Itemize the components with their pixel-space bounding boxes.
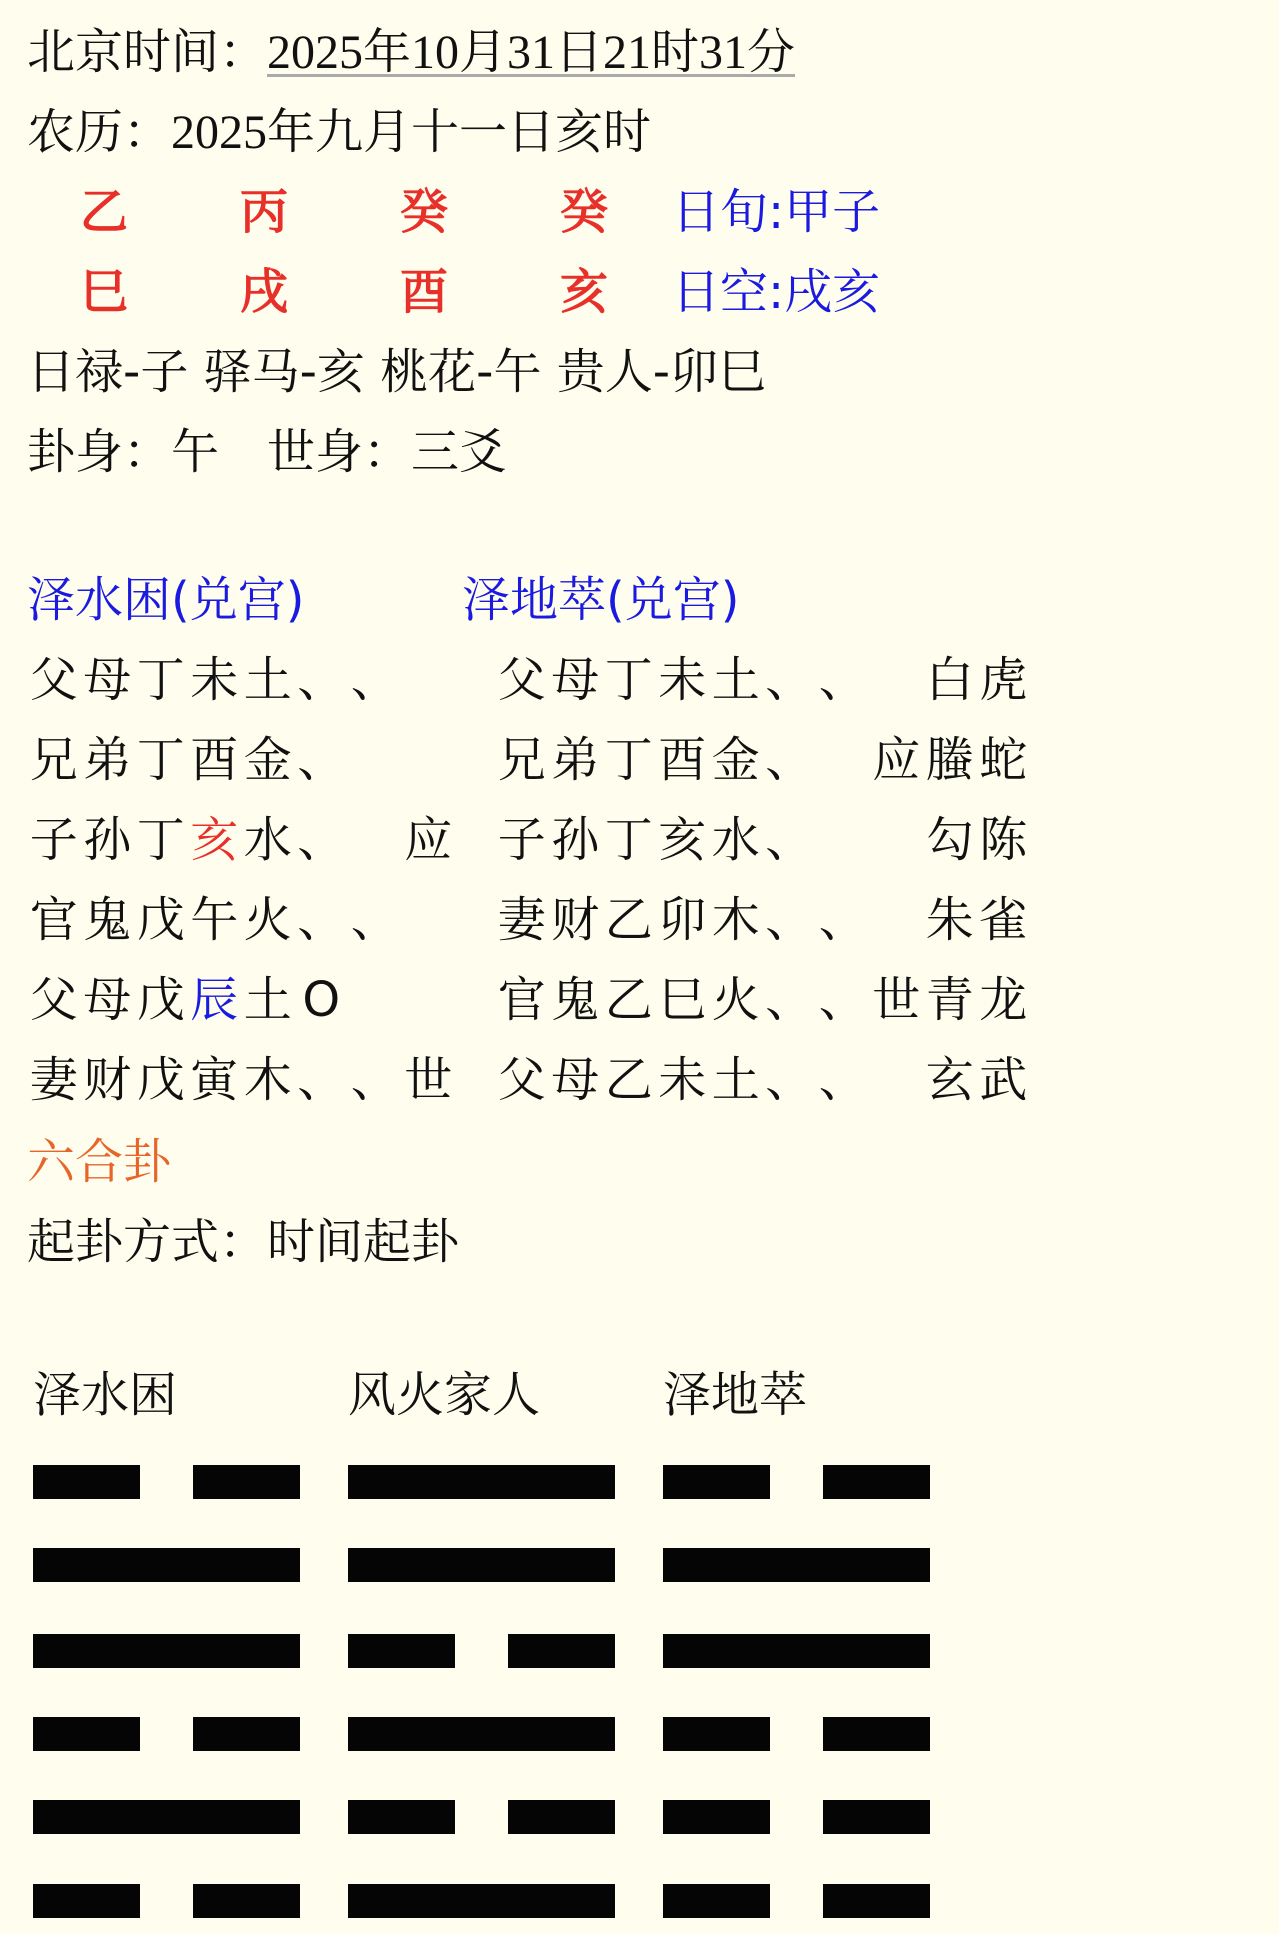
main-gua-cell: 、 [348, 1040, 402, 1120]
lunar-date-label: 农历： [27, 104, 171, 160]
hexagram-title-mutual: 风火家人 [348, 1355, 540, 1435]
lunar-date-row: 农历：2025年九月十一日亥时 [27, 92, 651, 172]
gua-line-row: 妻财戊寅木、、世父母乙未土、、玄武 [27, 1040, 455, 1120]
main-gua-cell: 戊 [134, 880, 188, 960]
main-gua-cell: 火 [241, 880, 295, 960]
changed-gua-cell: 朱 [923, 880, 977, 960]
main-gua-cell: 、 [295, 1040, 349, 1120]
changed-gua-cells: 父母丁未土、、白虎 [495, 640, 1030, 720]
main-gua-cell: 酉 [188, 720, 242, 800]
main-gua-cell: 亥 [188, 800, 242, 880]
main-gua-cell: 木 [241, 1040, 295, 1120]
gua-shen-row: 卦身：午 世身：三爻 [27, 412, 507, 492]
changed-gua-cells: 子孙丁亥水、勾陈 [495, 800, 1030, 880]
stem-month: 丙 [240, 172, 288, 252]
branch-day: 酉 [400, 252, 448, 332]
gua-line-row: 父母戊辰土O官鬼乙巳火、、世青龙 [27, 960, 455, 1040]
changed-gua-cell: 、 [763, 640, 817, 720]
main-gua-title: 泽水困(兑宫) [27, 560, 304, 640]
yang-line [663, 1634, 930, 1668]
gua-line-row: 兄弟丁酉金、兄弟丁酉金、应螣蛇 [27, 720, 455, 800]
yin-line [33, 1465, 300, 1499]
changed-gua-cell: 勾 [923, 800, 977, 880]
main-gua-cell: 丁 [134, 720, 188, 800]
changed-gua-title: 泽地萃(兑宫) [462, 560, 739, 640]
yin-line [663, 1717, 930, 1751]
changed-gua-cell: 木 [709, 880, 763, 960]
changed-gua-cells: 官鬼乙巳火、、世青龙 [495, 960, 1030, 1040]
changed-gua-cell: 、 [763, 720, 817, 800]
changed-gua-cell: 财 [549, 880, 603, 960]
beijing-time-label: 北京时间： [27, 24, 267, 80]
main-gua-cell: 、 [295, 640, 349, 720]
main-gua-cell: 金 [241, 720, 295, 800]
changed-gua-cell: 、 [763, 960, 817, 1040]
changed-gua-cell: 水 [709, 800, 763, 880]
main-gua-cell: 弟 [81, 720, 135, 800]
changed-gua-cell: 金 [709, 720, 763, 800]
changed-gua-cell: 乙 [602, 880, 656, 960]
changed-gua-cell: 火 [709, 960, 763, 1040]
changed-gua-cell: 未 [656, 640, 710, 720]
main-gua-cell: 土 [241, 640, 295, 720]
changed-gua-cell: 亥 [656, 800, 710, 880]
changed-gua-cell: 巳 [656, 960, 710, 1040]
changed-gua-cell: 乙 [602, 1040, 656, 1120]
main-gua-cell: 应 [402, 800, 456, 880]
stem-year: 乙 [80, 172, 128, 252]
yin-line [33, 1884, 300, 1918]
main-gua-cell: 鬼 [81, 880, 135, 960]
main-gua-cell: 午 [188, 880, 242, 960]
changed-gua-cell: 鬼 [549, 960, 603, 1040]
changed-gua-cell: 母 [549, 640, 603, 720]
lunar-date-value: 2025年九月十一日亥时 [171, 106, 651, 159]
branch-month: 戌 [240, 252, 288, 332]
changed-gua-cell: 武 [977, 1040, 1031, 1120]
main-gua-cell: 母 [81, 960, 135, 1040]
changed-gua-cell: 酉 [656, 720, 710, 800]
main-gua-cell: 妻 [27, 1040, 81, 1120]
yang-line [348, 1884, 615, 1918]
changed-gua-cell: 虎 [977, 640, 1031, 720]
main-gua-cell: 土 [241, 960, 295, 1040]
yang-line [348, 1717, 615, 1751]
main-gua-cell: 、 [295, 880, 349, 960]
changed-gua-cell: 青 [923, 960, 977, 1040]
hexagram-title-changed: 泽地萃 [663, 1355, 807, 1435]
yin-line [348, 1634, 615, 1668]
changed-gua-cell: 父 [495, 640, 549, 720]
changed-gua-cell: 卯 [656, 880, 710, 960]
main-gua-cell: 水 [241, 800, 295, 880]
changed-gua-cell: 世 [870, 960, 924, 1040]
main-gua-cell: 辰 [188, 960, 242, 1040]
main-gua-cell: 母 [81, 640, 135, 720]
hexagram-title-main: 泽水困 [33, 1355, 177, 1435]
main-gua-cell: 戊 [134, 960, 188, 1040]
changed-gua-cell: 丁 [602, 720, 656, 800]
main-gua-cell: 官 [27, 880, 81, 960]
yin-line [348, 1800, 615, 1834]
changed-gua-cell: 陈 [977, 800, 1031, 880]
yang-line [663, 1548, 930, 1582]
stem-hour: 癸 [560, 172, 608, 252]
changed-gua-cell: 、 [816, 880, 870, 960]
changed-gua-cell: 蛇 [977, 720, 1031, 800]
main-gua-cell: 父 [27, 960, 81, 1040]
changed-gua-cell: 螣 [923, 720, 977, 800]
changed-gua-cell: 土 [709, 640, 763, 720]
beijing-time-value: 2025年10月31日21时31分 [267, 26, 795, 79]
changed-gua-cells: 父母乙未土、、玄武 [495, 1040, 1030, 1120]
changed-gua-cells: 妻财乙卯木、、朱雀 [495, 880, 1030, 960]
changed-gua-cell: 母 [549, 1040, 603, 1120]
changed-gua-cell: 、 [763, 1040, 817, 1120]
branch-hour: 亥 [560, 252, 608, 332]
main-gua-cell: 、 [295, 800, 349, 880]
main-gua-cell: 孙 [81, 800, 135, 880]
changed-gua-cell: 、 [816, 1040, 870, 1120]
yang-line [348, 1465, 615, 1499]
changed-gua-cell: 孙 [549, 800, 603, 880]
main-gua-cell: 、 [295, 720, 349, 800]
divination-method: 起卦方式：时间起卦 [27, 1202, 459, 1282]
changed-gua-cell: 龙 [977, 960, 1031, 1040]
yin-line [663, 1465, 930, 1499]
changed-gua-cell: 弟 [549, 720, 603, 800]
changed-gua-cell: 丁 [602, 640, 656, 720]
main-gua-cell: 丁 [134, 800, 188, 880]
main-gua-cell: 丁 [134, 640, 188, 720]
changed-gua-cell: 丁 [602, 800, 656, 880]
changed-gua-cell: 子 [495, 800, 549, 880]
yang-line [33, 1634, 300, 1668]
main-gua-cell: 、 [348, 880, 402, 960]
changed-gua-cell: 官 [495, 960, 549, 1040]
main-gua-cell: 子 [27, 800, 81, 880]
main-gua-cell: 、 [348, 640, 402, 720]
gua-line-row: 父母丁未土、、父母丁未土、、白虎 [27, 640, 455, 720]
changed-gua-cells: 兄弟丁酉金、应螣蛇 [495, 720, 1030, 800]
yang-line [33, 1800, 300, 1834]
stem-day: 癸 [400, 172, 448, 252]
main-gua-cell: 戊 [134, 1040, 188, 1120]
changed-gua-cell: 、 [816, 640, 870, 720]
main-gua-cell: 世 [402, 1040, 456, 1120]
yin-line [663, 1884, 930, 1918]
main-gua-cell: 兄 [27, 720, 81, 800]
yang-line [33, 1548, 300, 1582]
main-gua-cell: 财 [81, 1040, 135, 1120]
changed-gua-cell: 父 [495, 1040, 549, 1120]
main-gua-cell: 父 [27, 640, 81, 720]
main-gua-cell: 未 [188, 640, 242, 720]
day-kong: 日空:戌亥 [672, 252, 880, 332]
main-gua-cell: O [295, 960, 349, 1040]
liuhe-gua-label: 六合卦 [27, 1122, 171, 1202]
branch-year: 巳 [80, 252, 128, 332]
yang-line [348, 1548, 615, 1582]
changed-gua-cell: 雀 [977, 880, 1031, 960]
changed-gua-cell: 玄 [923, 1040, 977, 1120]
changed-gua-cell: 兄 [495, 720, 549, 800]
changed-gua-cell: 乙 [602, 960, 656, 1040]
changed-gua-cell: 、 [816, 960, 870, 1040]
yin-line [33, 1717, 300, 1751]
changed-gua-cell: 妻 [495, 880, 549, 960]
day-xun: 日旬:甲子 [672, 172, 880, 252]
changed-gua-cell: 土 [709, 1040, 763, 1120]
main-gua-cell: 寅 [188, 1040, 242, 1120]
changed-gua-cell: 应 [870, 720, 924, 800]
changed-gua-cell: 、 [763, 880, 817, 960]
changed-gua-cell: 、 [763, 800, 817, 880]
changed-gua-cell: 白 [923, 640, 977, 720]
gua-line-row: 子孙丁亥水、应子孙丁亥水、勾陈 [27, 800, 455, 880]
beijing-time-row: 北京时间：2025年10月31日21时31分 [27, 12, 795, 92]
changed-gua-cell: 未 [656, 1040, 710, 1120]
yin-line [663, 1800, 930, 1834]
shensha-row: 日禄-子 驿马-亥 桃花-午 贵人-卯巳 [27, 332, 766, 412]
gua-line-row: 官鬼戊午火、、妻财乙卯木、、朱雀 [27, 880, 455, 960]
